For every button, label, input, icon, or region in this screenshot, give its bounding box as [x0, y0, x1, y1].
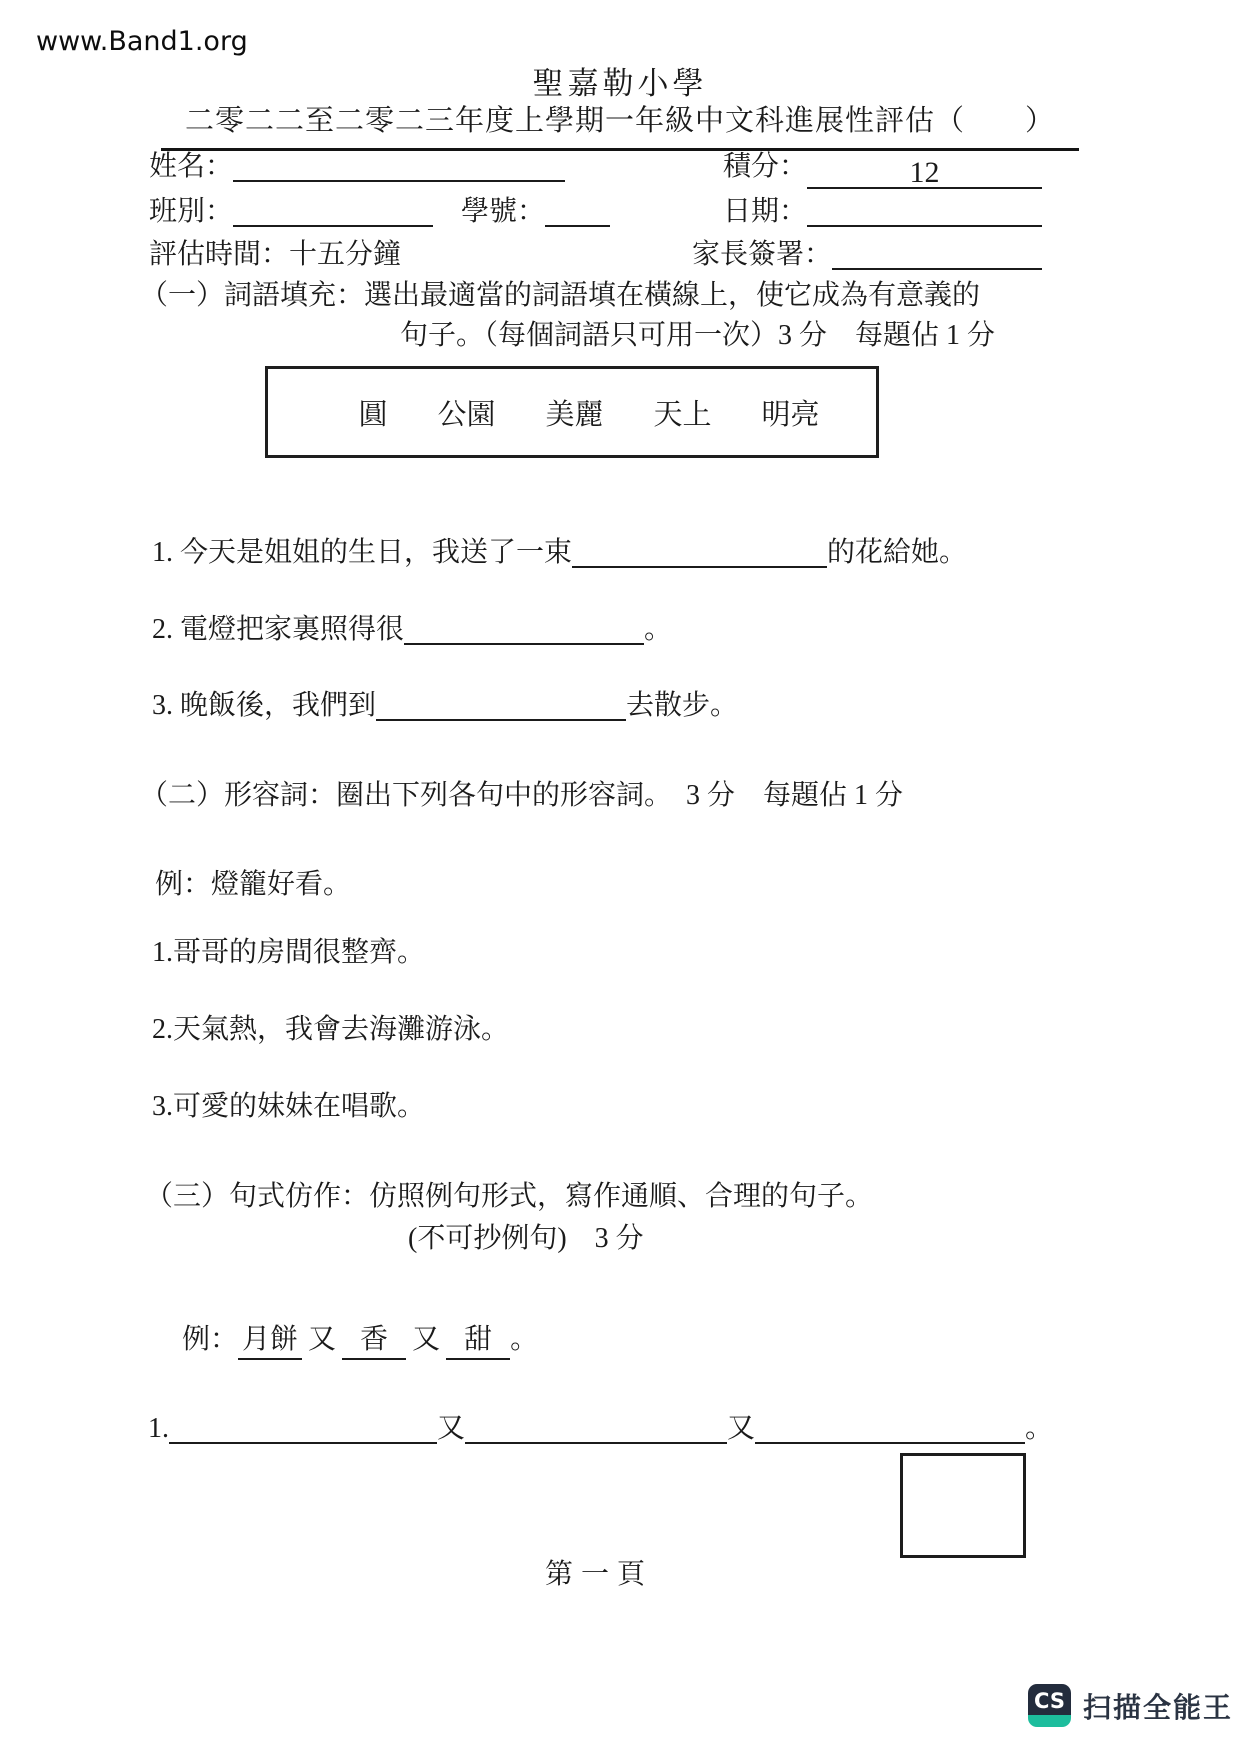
s1-question-2: 2. 電燈把家裏照得很。 — [152, 613, 672, 647]
s3-question-1: 1.又又。 — [148, 1412, 1053, 1446]
s3-example-word3-underlined: 甜 — [446, 1324, 510, 1360]
s3-example-connector1: 又 — [308, 1324, 336, 1355]
section-two-heading: （二）形容詞：圈出下列各句中的形容詞。 3 分 每題佔 1 分 — [140, 779, 903, 813]
s3-example-word1-underlined: 月餅 — [238, 1324, 302, 1360]
site-watermark: www.Band1.org — [36, 26, 248, 57]
student-info-row-2: 班別：學號： 日期： — [149, 195, 1042, 229]
s1-q2-prefix: 2. 電燈把家裏照得很 — [152, 614, 404, 645]
score-box — [900, 1453, 1026, 1558]
school-name: 聖嘉勒小學 — [0, 58, 1240, 103]
s1-q1-prefix: 1. 今天是姐姐的生日，我送了一束 — [152, 537, 572, 568]
s1-q1-suffix: 的花給她。 — [827, 537, 967, 568]
scanned-exam-page: www.Band1.org 聖嘉勒小學 二零二二至二零二三年度上學期一年級中文科… — [0, 0, 1240, 1754]
section-two-example: 例：燈籠好看。 — [155, 868, 351, 902]
camscanner-icon: CS — [1028, 1684, 1071, 1727]
s1-q2-blank-line — [404, 613, 644, 645]
word-bank-item: 公園 — [437, 392, 495, 433]
s3-q1-blank-1 — [169, 1412, 437, 1444]
s3-example-connector2: 又 — [412, 1324, 440, 1355]
class-label: 班別： — [149, 196, 233, 227]
name-blank-line — [233, 150, 565, 182]
section-three-heading-line1: （三）句式仿作：仿照例句形式，寫作通順、合理的句子。 — [145, 1180, 873, 1214]
word-bank-box: 圓 公園 美麗 天上 明亮 — [265, 366, 879, 458]
s3-q1-blank-3 — [755, 1412, 1025, 1444]
s3-example-prefix: 例： — [182, 1324, 238, 1355]
student-no-label: 學號： — [461, 196, 545, 227]
score-label: 積分： — [723, 151, 807, 182]
word-bank-item: 明亮 — [762, 392, 820, 433]
s1-q2-suffix: 。 — [644, 614, 672, 645]
s2-item-2: 2.天氣熱，我會去海灘游泳。 — [152, 1013, 509, 1047]
s2-item-1: 1.哥哥的房間很整齊。 — [152, 936, 425, 970]
s3-q1-connector-2: 又 — [727, 1413, 755, 1444]
student-info-row-1: 姓名： 積分：12 — [149, 150, 1042, 189]
s1-question-3: 3. 晚飯後，我們到去散步。 — [152, 689, 738, 723]
word-bank-item: 圓 — [358, 392, 387, 433]
section-three-heading-line2: (不可抄例句) 3 分 — [408, 1222, 644, 1256]
s1-q1-blank-line — [572, 536, 827, 568]
parent-signature-label: 家長簽署： — [692, 239, 832, 270]
exam-title-row: 二零二二至二零二三年度上學期一年級中文科進展性評估（ ） — [0, 98, 1240, 151]
s2-item-3: 3.可愛的妹妹在唱歌。 — [152, 1090, 425, 1124]
word-bank-item: 美麗 — [545, 392, 603, 433]
s3-example-word2-underlined: 香 — [342, 1324, 406, 1360]
s3-example-period: 。 — [510, 1324, 538, 1355]
s3-q1-number: 1. — [148, 1413, 169, 1444]
score-blank-line: 12 — [807, 157, 1042, 189]
s1-q3-prefix: 3. 晚飯後，我們到 — [152, 690, 376, 721]
student-no-blank-line — [545, 195, 610, 227]
section-one-heading-line2: 句子。（每個詞語只可用一次）3 分 每題佔 1 分 — [400, 319, 995, 353]
score-value: 12 — [910, 157, 940, 189]
s3-q1-period: 。 — [1025, 1413, 1053, 1444]
page-number: 第一頁 — [545, 1552, 653, 1592]
class-blank-line — [233, 195, 433, 227]
camscanner-app-name: 扫描全能王 — [1083, 1686, 1233, 1726]
word-bank-item: 天上 — [654, 392, 712, 433]
s1-question-1: 1. 今天是姐姐的生日，我送了一束的花給她。 — [152, 536, 967, 570]
parent-signature-blank-line — [832, 238, 1042, 270]
s3-q1-connector-1: 又 — [437, 1413, 465, 1444]
date-label: 日期： — [723, 196, 807, 227]
section-three-example: 例：月餅又香又甜。 — [182, 1323, 538, 1357]
section-one-heading-line1: （一）詞語填充：選出最適當的詞語填在橫線上，使它成為有意義的 — [140, 279, 980, 313]
s1-q3-suffix: 去散步。 — [626, 690, 738, 721]
student-info-row-3: 評估時間：十五分鐘 家長簽署： — [149, 238, 1042, 272]
s3-q1-blank-2 — [465, 1412, 727, 1444]
name-label: 姓名： — [149, 151, 233, 182]
duration-label: 評估時間：十五分鐘 — [149, 238, 401, 272]
date-blank-line — [807, 195, 1042, 227]
s1-q3-blank-line — [376, 689, 626, 721]
camscanner-brand: CS 扫描全能王 — [1028, 1684, 1233, 1727]
exam-title: 二零二二至二零二三年度上學期一年級中文科進展性評估（ ） — [161, 98, 1079, 151]
